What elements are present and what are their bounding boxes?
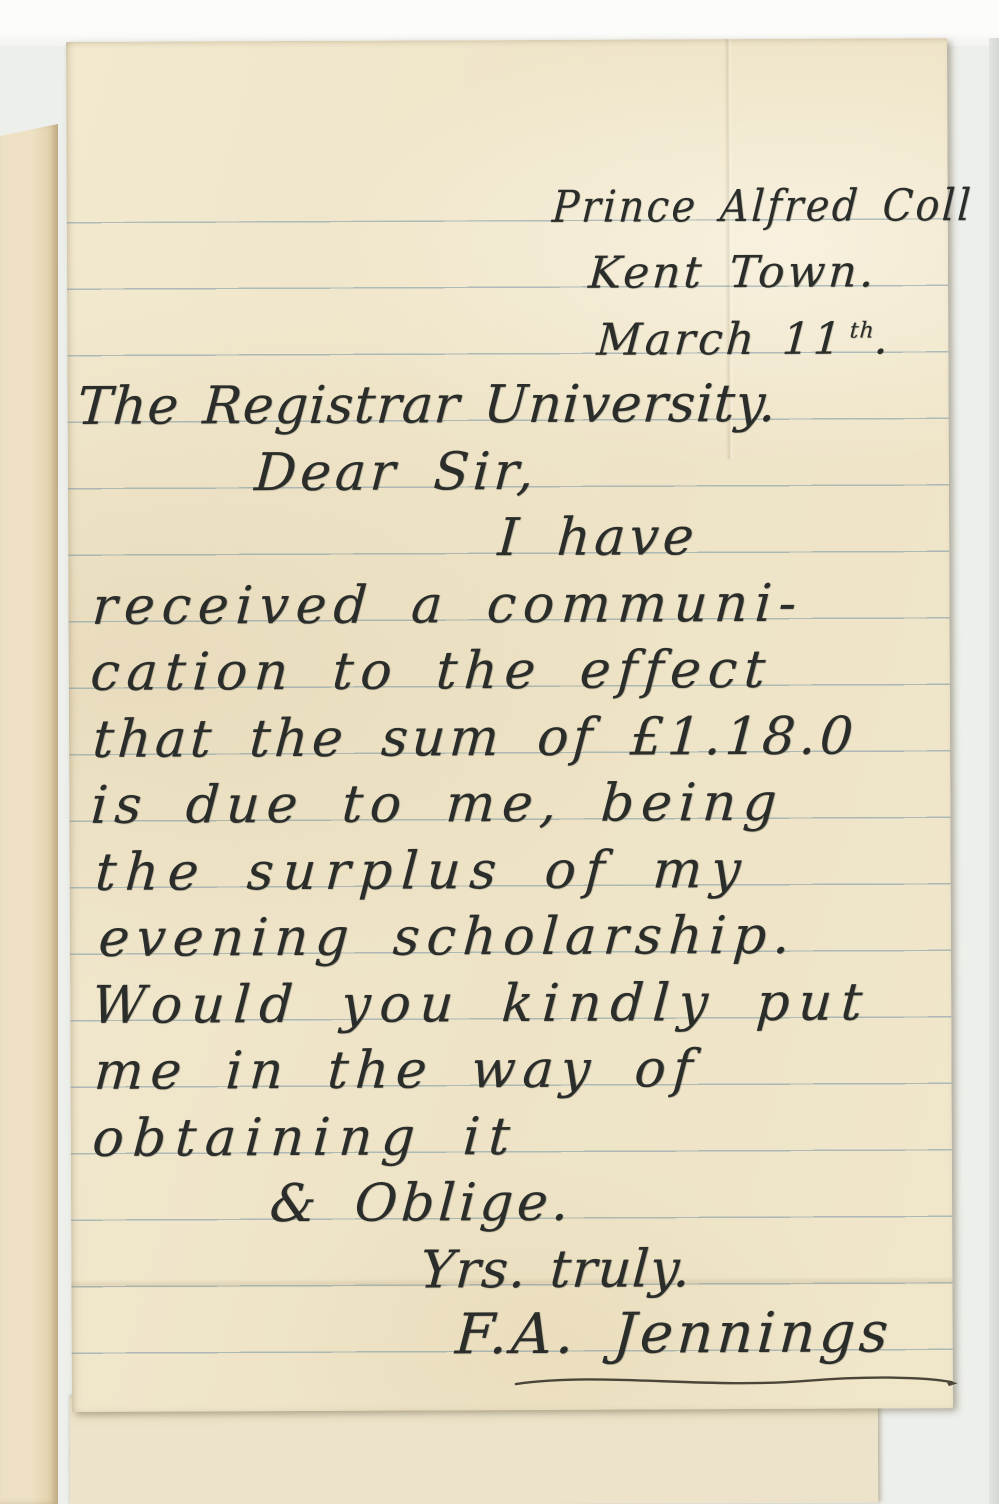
salutation: Dear Sir,: [253, 446, 539, 499]
body-line: & Oblige.: [268, 1177, 574, 1230]
scanner-right-edge: [989, 38, 999, 1504]
date-text: March 11: [595, 314, 846, 366]
date-ordinal-suffix: th: [849, 319, 876, 344]
scanned-letter-page: Prince Alfred Coll Kent Town. March 11th…: [0, 0, 999, 1504]
body-line: cation to the effect: [89, 644, 774, 699]
date-line: March 11th.: [595, 317, 892, 362]
body-line: the surplus of my: [94, 844, 752, 899]
body-line: Would you kindly put: [90, 976, 872, 1031]
adjacent-page-edge: [0, 124, 58, 1504]
body-line: received a communi-: [91, 578, 805, 633]
date-period: .: [873, 313, 893, 364]
closing-line: Yrs. truly.: [418, 1243, 692, 1296]
letterhead-college: Prince Alfred Coll: [551, 184, 975, 230]
body-line: is due to me, being: [89, 777, 785, 832]
recipient-line: The Registrar University.: [76, 378, 779, 433]
body-line: me in the way of: [93, 1043, 701, 1098]
body-line: evening scholarship.: [97, 910, 798, 965]
letter-page: Prince Alfred Coll Kent Town. March 11th…: [66, 38, 953, 1412]
signature: F.A. Jennings: [454, 1305, 894, 1363]
body-line: that the sum of £1.18.0: [91, 711, 858, 766]
signature-flourish-underline: [512, 1366, 964, 1396]
body-line: obtaining it: [91, 1111, 520, 1165]
body-line: I have: [496, 511, 699, 564]
letterhead-town: Kent Town.: [587, 250, 878, 295]
